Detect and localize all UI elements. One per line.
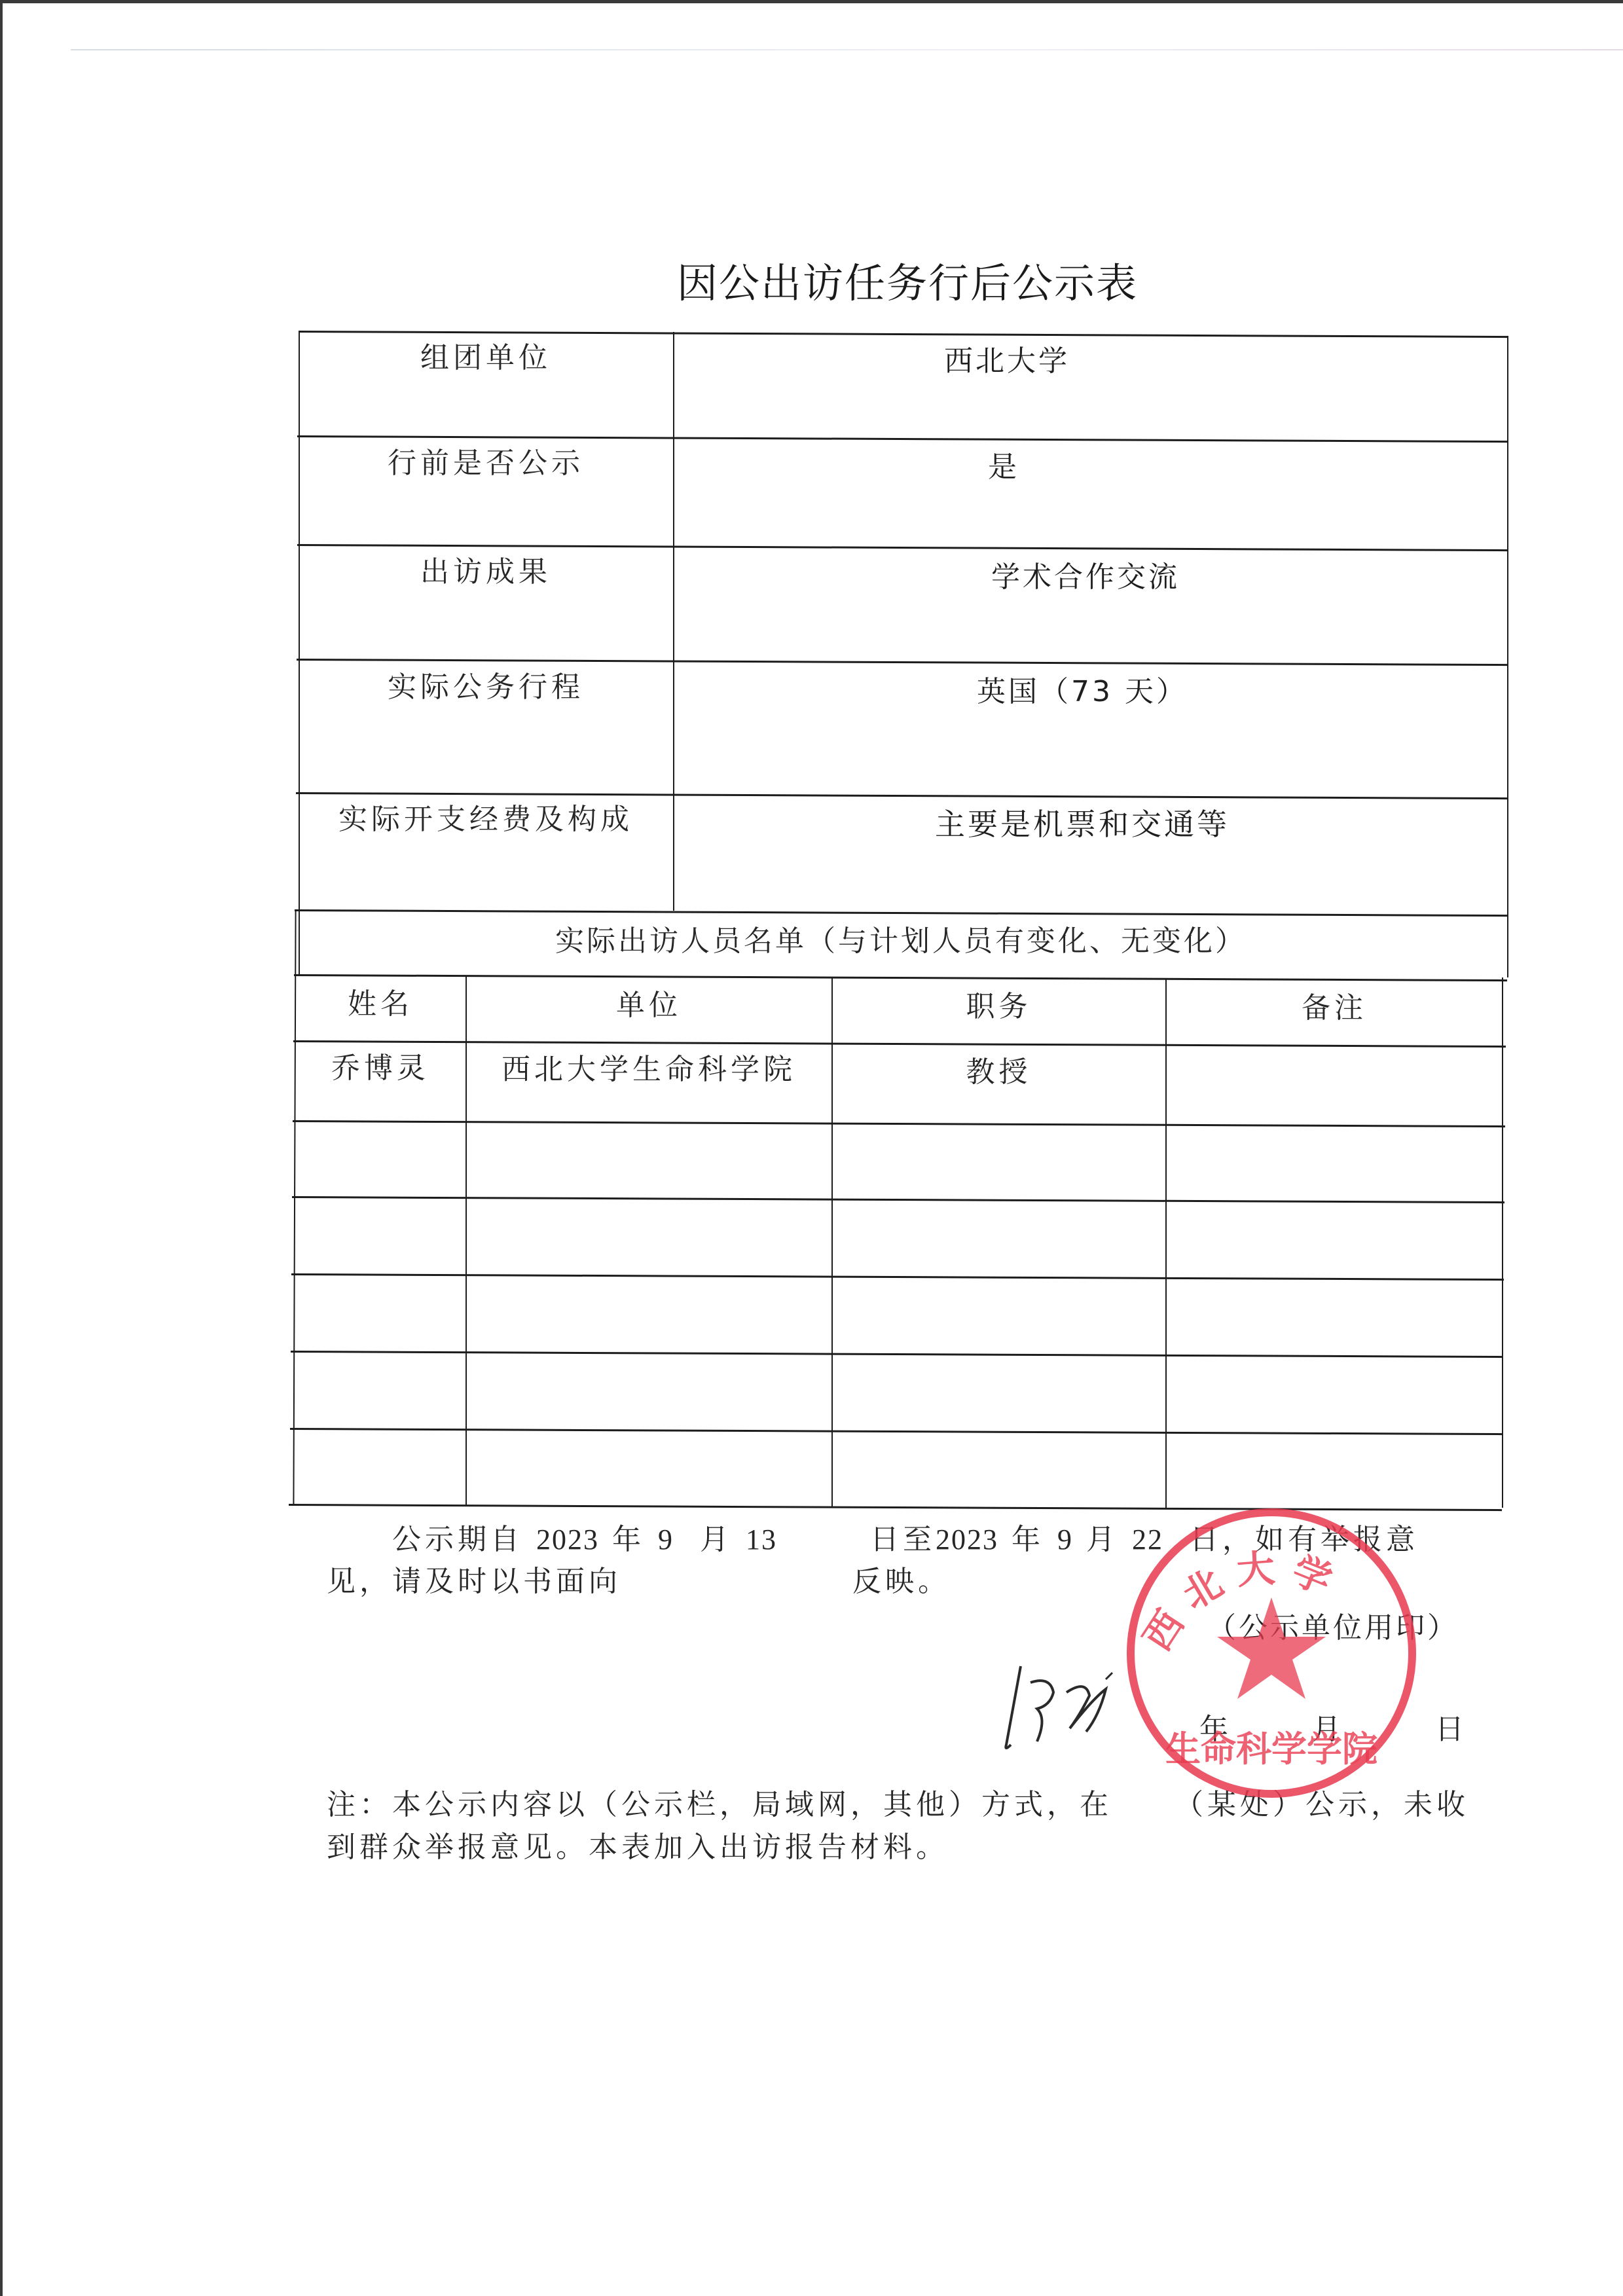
notice-end-day: 22 — [1132, 1523, 1163, 1556]
scanned-page: 因公出访任务行后公示表 组团单位 西北大学 行前是否公示 是 出访成果 学术合作… — [3, 3, 1623, 2296]
notice-year-label: 年 — [612, 1523, 645, 1556]
footnote-line1-part1: 注：本公示内容以（公示栏，局域网，其他）方式，在 — [327, 1781, 1112, 1823]
value-organizing-unit: 西北大学 — [673, 337, 1341, 379]
notice-month-label: 月 — [700, 1523, 733, 1556]
seal-label: （公示单位用印） — [1207, 1604, 1459, 1646]
cell-unit: 西北大学生命科学院 — [466, 1046, 831, 1087]
notice-end-year: 2023 — [936, 1523, 998, 1556]
value-actual-itinerary: 英国（73 天） — [673, 668, 1491, 710]
column-header-unit: 单位 — [466, 981, 831, 1023]
column-header-position: 职务 — [832, 983, 1165, 1025]
column-header-remarks: 备注 — [1166, 984, 1503, 1026]
notice-line2-part2: 反映。 — [852, 1558, 951, 1599]
date-day-label: 日 — [1435, 1705, 1468, 1747]
notice-end-month: 9 — [1057, 1523, 1073, 1556]
label-actual-itinerary: 实际公务行程 — [299, 663, 673, 705]
value-visit-results: 学术合作交流 — [673, 553, 1498, 595]
notice-month-label-2: 月 — [1086, 1523, 1119, 1556]
notice-start-year: 2023 — [536, 1523, 599, 1556]
label-pre-trip-notice: 行前是否公示 — [299, 439, 673, 481]
label-organizing-unit: 组团单位 — [299, 334, 673, 376]
footnote-line2: 到群众举报意见。本表加入出访报告材料。 — [327, 1823, 949, 1865]
date-year-label: 年 — [1199, 1705, 1232, 1747]
notice-year-label-2: 年 — [1012, 1523, 1044, 1556]
stamp-text-bottom: 生命科学学院 — [1165, 1728, 1377, 1770]
footnote-line1-part2: （某处）公示，未收 — [1175, 1781, 1469, 1823]
handwritten-signature — [1001, 1653, 1152, 1751]
notice-suffix: 日，如有举报意 — [1190, 1523, 1419, 1556]
scan-edge-line — [71, 49, 1623, 50]
document-title: 因公出访任务行后公示表 — [677, 251, 1138, 309]
personnel-section-title: 实际出访人员名单（与计划人员有变化、无变化） — [295, 917, 1507, 959]
label-actual-expenses: 实际开支经费及构成 — [299, 795, 673, 837]
value-pre-trip-notice: 是 — [673, 443, 1334, 485]
notice-to-label: 日至 — [870, 1523, 936, 1556]
date-month-label: 月 — [1312, 1705, 1345, 1747]
notice-start-month: 9 — [658, 1523, 674, 1556]
column-header-name: 姓名 — [295, 980, 466, 1022]
notice-line2-part1: 见，请及时以书面向 — [327, 1558, 621, 1599]
cell-name: 乔博灵 — [295, 1044, 466, 1086]
value-actual-expenses: 主要是机票和交通等 — [673, 801, 1491, 844]
cell-position: 教授 — [832, 1048, 1165, 1090]
notice-prefix: 公示期自 — [392, 1523, 523, 1556]
label-visit-results: 出访成果 — [299, 548, 673, 590]
notice-start-day: 13 — [746, 1523, 777, 1556]
